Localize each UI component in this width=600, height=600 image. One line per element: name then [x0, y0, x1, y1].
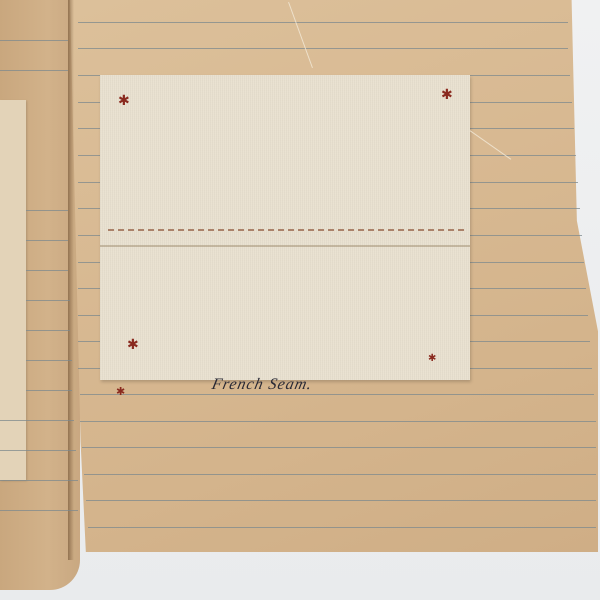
tack-stitch-loose: ✱ [116, 386, 125, 397]
tack-stitch-top-left: ✱ [118, 94, 130, 108]
tack-stitch-top-right: ✱ [441, 88, 453, 102]
handwritten-caption: French Seam. [210, 376, 314, 394]
photo-scene: ✱ ✱ ✱ ✱ ✱ French Seam. [0, 0, 600, 600]
fabric-swatch-french-seam [100, 75, 470, 380]
seam-fold [100, 245, 470, 247]
tack-stitch-bottom-right: ✱ [428, 354, 436, 364]
running-stitch [108, 229, 464, 231]
tack-stitch-bottom-left: ✱ [127, 338, 139, 352]
